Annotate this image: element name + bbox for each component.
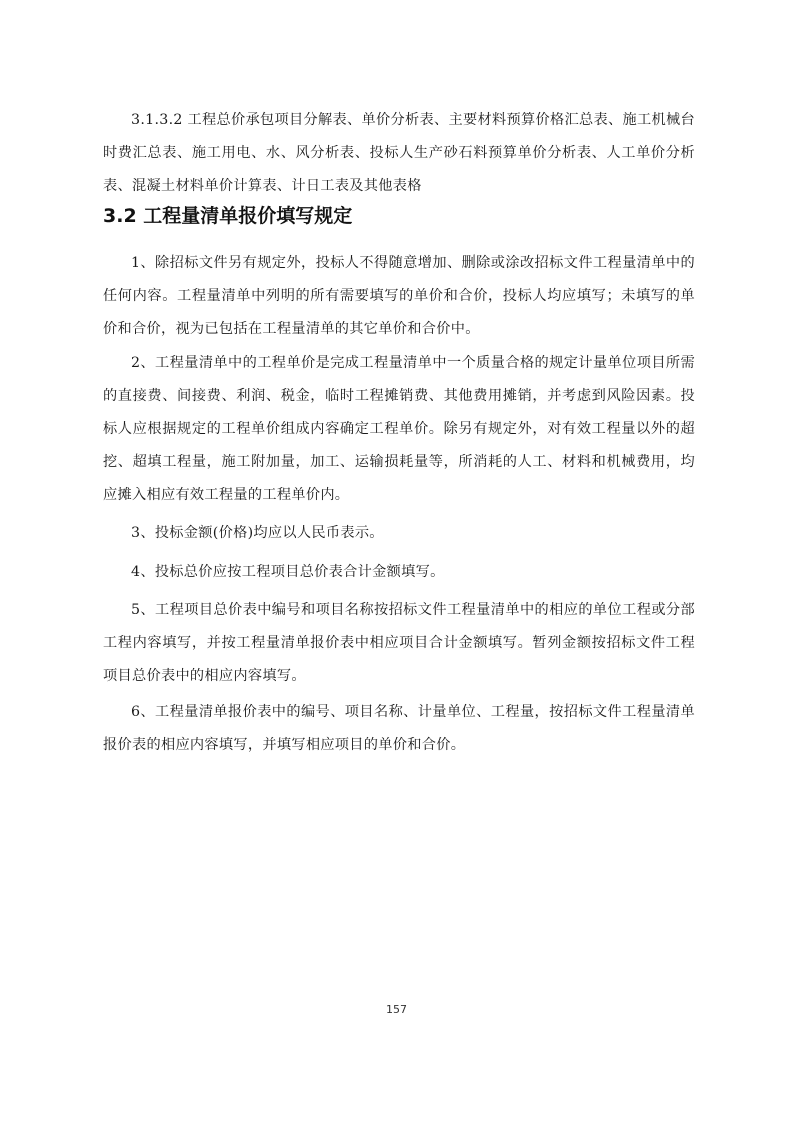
section-heading-3-2: 3.2 工程量清单报价填写规定: [103, 203, 352, 229]
rule-1-paragraph: 1、除招标文件另有规定外，投标人不得随意增加、删除或涂改招标文件工程量清单中的任…: [103, 247, 695, 346]
document-page: 3.1.3.2 工程总价承包项目分解表、单价分析表、主要材料预算价格汇总表、施工…: [0, 0, 793, 1122]
rule-2-paragraph: 2、工程量清单中的工程单价是完成工程量清单中一个质量合格的规定计量单位项目所需的…: [103, 347, 695, 512]
rule-5-paragraph: 5、工程项目总价表中编号和项目名称按招标文件工程量清单中的相应的单位工程或分部工…: [103, 594, 695, 693]
page-number: 157: [0, 1003, 793, 1016]
rule-3-paragraph: 3、投标金额(价格)均应以人民币表示。: [103, 517, 695, 550]
rule-6-paragraph: 6、工程量清单报价表中的编号、项目名称、计量单位、工程量，按招标文件工程量清单报…: [103, 696, 695, 762]
rule-4-paragraph: 4、投标总价应按工程项目总价表合计金额填写。: [103, 556, 695, 589]
paragraph-3-1-3-2: 3.1.3.2 工程总价承包项目分解表、单价分析表、主要材料预算价格汇总表、施工…: [103, 104, 695, 203]
